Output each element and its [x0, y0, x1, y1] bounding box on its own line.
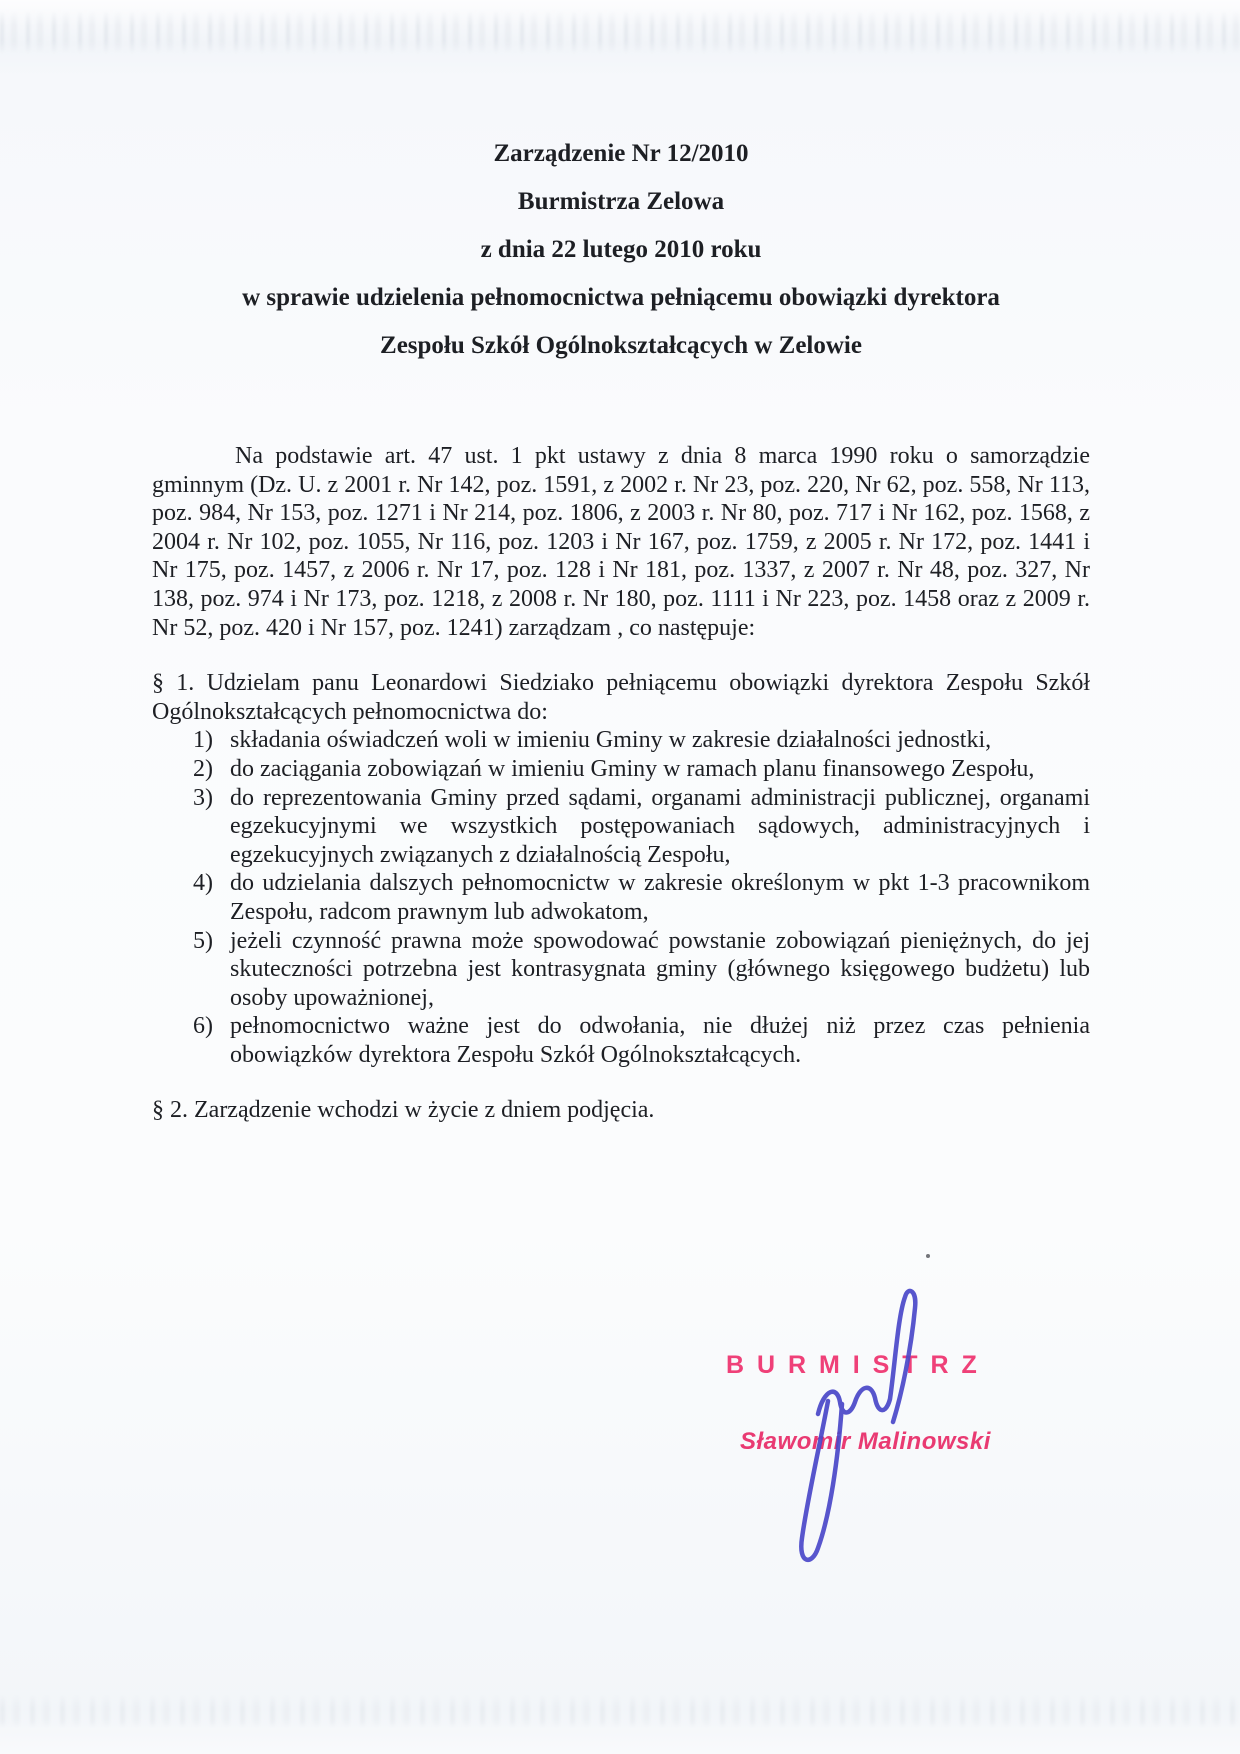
document-title-block: Zarządzenie Nr 12/2010 Burmistrza Zelowa… — [152, 130, 1090, 370]
section-2-text: § 2. Zarządzenie wchodzi w życie z dniem… — [152, 1096, 1090, 1125]
document-body: Zarządzenie Nr 12/2010 Burmistrza Zelowa… — [152, 0, 1090, 1125]
list-item-text: jeżeli czynność prawna może spowodować p… — [230, 928, 1090, 1011]
list-item-text: do udzielania dalszych pełnomocnictw w z… — [230, 870, 1090, 925]
list-item-text: składania oświadczeń woli w imieniu Gmin… — [230, 727, 991, 753]
ordinance-number-line: Zarządzenie Nr 12/2010 — [152, 130, 1090, 178]
subject-line-1: w sprawie udzielenia pełnomocnictwa pełn… — [152, 274, 1090, 322]
date-line: z dnia 22 lutego 2010 roku — [152, 226, 1090, 274]
section-1-intro: § 1. Udzielam panu Leonardowi Siedziako … — [152, 669, 1090, 726]
list-item-4: 4) do udzielania dalszych pełnomocnictw … — [152, 869, 1090, 926]
list-item-text: do zaciągania zobowiązań w imieniu Gminy… — [230, 756, 1034, 782]
list-item-1: 1) składania oświadczeń woli w imieniu G… — [152, 726, 1090, 755]
legal-basis-paragraph: Na podstawie art. 47 ust. 1 pkt ustawy z… — [152, 442, 1090, 642]
authorization-list: 1) składania oświadczeń woli w imieniu G… — [152, 726, 1090, 1069]
scanned-document-page: Zarządzenie Nr 12/2010 Burmistrza Zelowa… — [0, 0, 1240, 1754]
scan-speck — [926, 1254, 930, 1258]
mayor-title-stamp: B U R M I S T R Z — [726, 1351, 980, 1380]
list-item-number: 2) — [193, 755, 213, 784]
list-item-text: do reprezentowania Gminy przed sądami, o… — [230, 785, 1090, 868]
list-item-6: 6) pełnomocnictwo ważne jest do odwołani… — [152, 1012, 1090, 1069]
list-item-number: 3) — [193, 784, 213, 813]
issuer-line: Burmistrza Zelowa — [152, 178, 1090, 226]
list-item-text: pełnomocnictwo ważne jest do odwołania, … — [230, 1013, 1090, 1068]
list-item-number: 4) — [193, 869, 213, 898]
scan-artifact-band-bottom — [0, 1694, 1240, 1728]
list-item-2: 2) do zaciągania zobowiązań w imieniu Gm… — [152, 755, 1090, 784]
mayor-name-stamp: Sławomir Malinowski — [740, 1428, 991, 1456]
list-item-5: 5) jeżeli czynność prawna może spowodowa… — [152, 927, 1090, 1013]
list-item-number: 6) — [193, 1012, 213, 1041]
list-item-number: 5) — [193, 927, 213, 956]
subject-line-2: Zespołu Szkół Ogólnokształcących w Zelow… — [152, 322, 1090, 370]
list-item-number: 1) — [193, 726, 213, 755]
list-item-3: 3) do reprezentowania Gminy przed sądami… — [152, 784, 1090, 870]
